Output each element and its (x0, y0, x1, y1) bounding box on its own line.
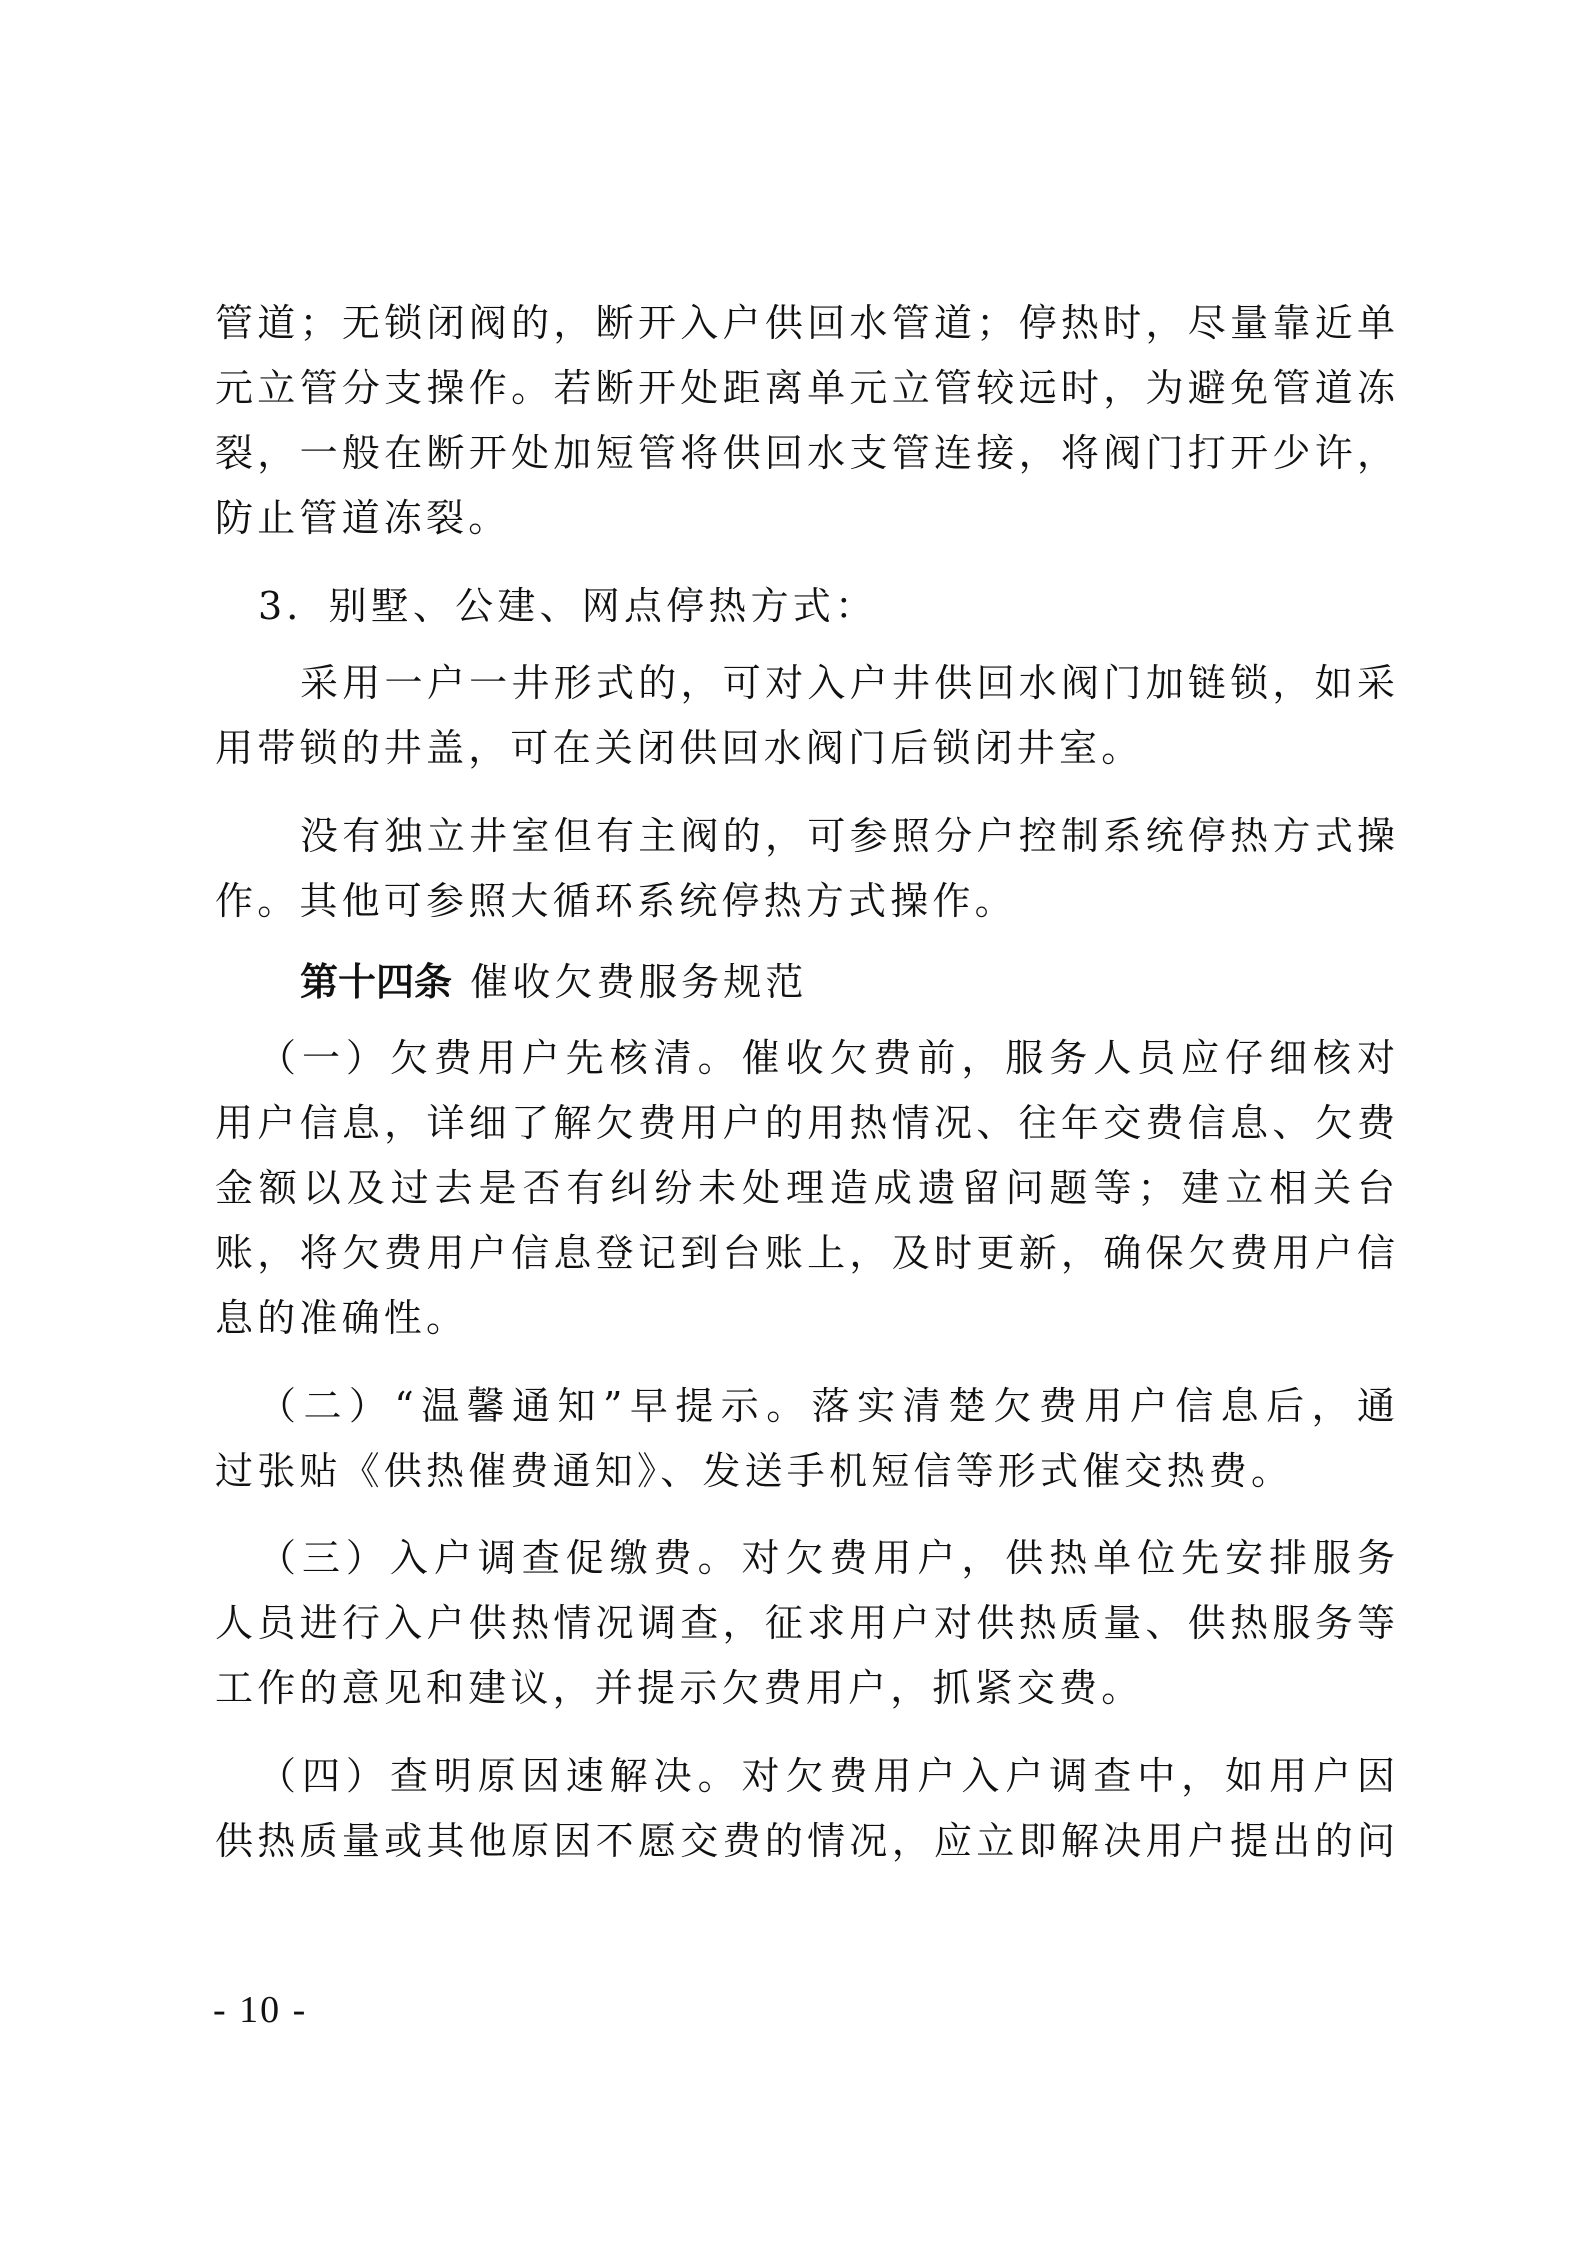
clause-line: 工作的意见和建议，并提示欠费用户，抓紧交费。 (215, 1666, 1395, 1710)
clause-line: 供热质量或其他原因不愿交费的情况，应立即解决用户提出的问 (215, 1819, 1395, 1863)
clause-line: 账，将欠费用户信息登记到台账上，及时更新，确保欠费用户信 (215, 1231, 1395, 1275)
body-line: 采用一户一井形式的，可对入户井供回水阀门加链锁，如采 (300, 661, 1395, 705)
body-line: 没有独立井室但有主阀的，可参照分户控制系统停热方式操 (300, 814, 1395, 858)
clause-line: 息的准确性。 (215, 1296, 1395, 1340)
article-title: 催收欠费服务规范 (470, 960, 808, 1004)
article-number: 第十四条 (300, 960, 452, 1004)
clause-line: 金额以及过去是否有纠纷未处理造成遗留问题等；建立相关台 (215, 1166, 1395, 1210)
article-heading: 第十四条催收欠费服务规范 (300, 960, 1395, 1004)
clause-line: （四）查明原因速解决。对欠费用户入户调查中，如用户因 (258, 1754, 1395, 1798)
clause-line: （三）入户调查促缴费。对欠费用户，供热单位先安排服务 (258, 1536, 1395, 1580)
clause-line: （一）欠费用户先核清。催收欠费前，服务人员应仔细核对 (258, 1036, 1395, 1080)
subsection-title: 3．别墅、公建、网点停热方式： (258, 584, 1395, 628)
body-line: 作。其他可参照大循环系统停热方式操作。 (215, 879, 1395, 923)
body-line: 防止管道冻裂。 (215, 496, 1395, 540)
body-line: 元立管分支操作。若断开处距离单元立管较远时，为避免管道冻 (215, 366, 1395, 410)
clause-line: 过张贴《供热催费通知》、发送手机短信等形式催交热费。 (215, 1449, 1395, 1493)
body-line: 用带锁的井盖，可在关闭供回水阀门后锁闭井室。 (215, 726, 1395, 770)
document-page: 管道；无锁闭阀的，断开入户供回水管道；停热时，尽量靠近单 元立管分支操作。若断开… (0, 0, 1587, 2245)
page-number: - 10 - (213, 1988, 307, 2032)
clause-line: 用户信息，详细了解欠费用户的用热情况、往年交费信息、欠费 (215, 1101, 1395, 1145)
body-line: 裂，一般在断开处加短管将供回水支管连接，将阀门打开少许， (215, 431, 1395, 475)
clause-line: 人员进行入户供热情况调查，征求用户对供热质量、供热服务等 (215, 1601, 1395, 1645)
body-line: 管道；无锁闭阀的，断开入户供回水管道；停热时，尽量靠近单 (215, 301, 1395, 345)
clause-line: （二）“温馨通知”早提示。落实清楚欠费用户信息后，通 (258, 1384, 1395, 1428)
